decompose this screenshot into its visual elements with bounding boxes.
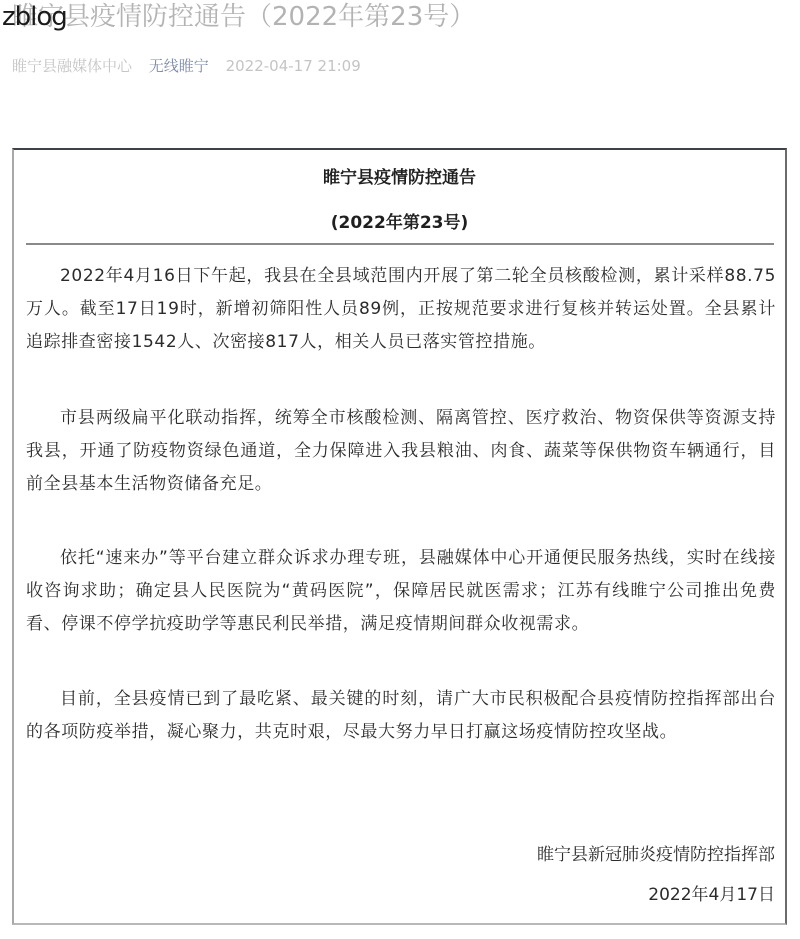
notice-paragraph-1: 2022年4月16日下午起，我县在全县域范围内开展了第二轮全员核酸检测，累计采样… — [26, 260, 776, 359]
article-source: 睢宁县融媒体中心 — [12, 57, 132, 75]
watermark: zblog — [2, 2, 67, 32]
notice-document: 睢宁县疫情防控通告 (2022年第23号) 2022年4月16日下午起，我县在全… — [12, 148, 787, 925]
notice-number: (2022年第23号) — [14, 212, 785, 234]
notice-title: 睢宁县疫情防控通告 — [14, 167, 785, 189]
notice-paragraph-2: 市县两级扁平化联动指挥，统筹全市核酸检测、隔离管控、医疗救治、物资保供等资源支持… — [26, 402, 776, 501]
article-title: 睢宁县疫情防控通告（2022年第23号） — [12, 0, 475, 34]
notice-date: 2022年4月17日 — [648, 884, 775, 906]
notice-paragraph-3: 依托“速来办”等平台建立群众诉求办理专班，县融媒体中心开通便民服务热线，实时在线… — [26, 542, 776, 641]
notice-paragraph-4: 目前，全县疫情已到了最吃紧、最关键的时刻，请广大市民积极配合县疫情防控指挥部出台… — [26, 683, 776, 749]
publish-datetime: 2022-04-17 21:09 — [226, 57, 361, 75]
notice-signature: 睢宁县新冠肺炎疫情防控指挥部 — [537, 844, 775, 866]
account-link[interactable]: 无线睢宁 — [149, 57, 209, 75]
header-divider — [26, 243, 774, 245]
article-meta: 睢宁县融媒体中心 无线睢宁 2022-04-17 21:09 — [12, 55, 361, 77]
